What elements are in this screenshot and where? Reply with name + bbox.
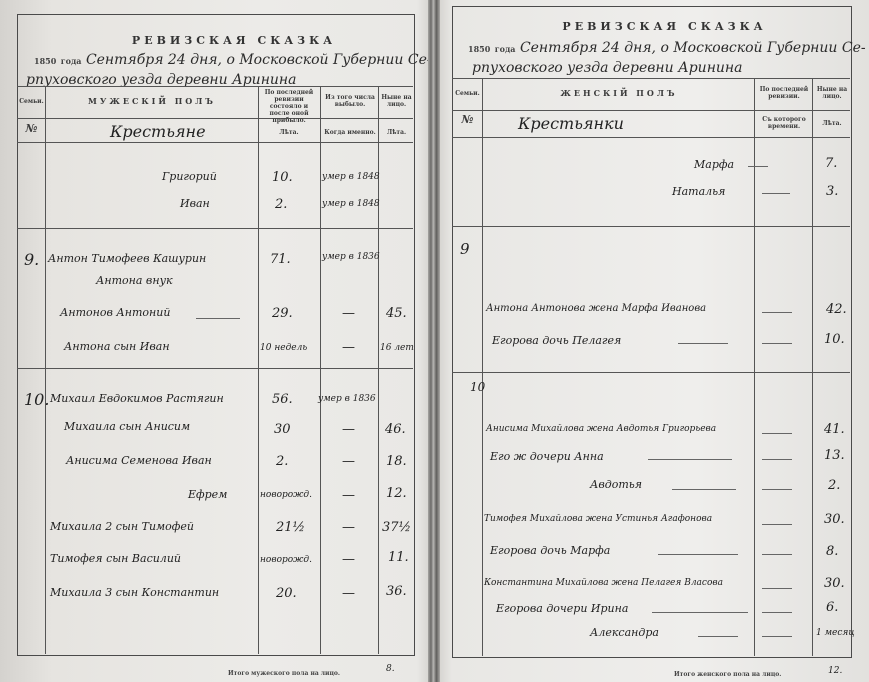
dash bbox=[658, 554, 738, 555]
col-years: Лѣта. bbox=[814, 120, 850, 127]
row-name: Тимофея Михайлова жена Устинья Агафонова bbox=[484, 514, 712, 524]
dash bbox=[762, 193, 790, 194]
row-departed: — bbox=[342, 520, 355, 535]
right-page-female: РЕВИЗСКАЯ СКАЗКА 1850 года Сентября 24 д… bbox=[440, 0, 869, 682]
row-now: 3. bbox=[826, 184, 838, 199]
row-family: 9 bbox=[460, 240, 470, 258]
col-departed: Из того числа выбыло. bbox=[322, 94, 378, 108]
row-departed: умер в 1848 bbox=[322, 172, 380, 182]
page-title: РЕВИЗСКАЯ СКАЗКА bbox=[460, 20, 869, 33]
rule bbox=[452, 137, 850, 138]
row-departed: — bbox=[342, 488, 355, 503]
row-family: 10. bbox=[24, 390, 49, 409]
header-line-1: 1850 года Сентября 24 дня, о Московской … bbox=[468, 40, 866, 56]
page-frame bbox=[452, 6, 852, 658]
dash bbox=[698, 636, 738, 637]
row-now: 13. bbox=[824, 448, 845, 463]
dash bbox=[762, 343, 792, 344]
rule bbox=[17, 368, 413, 369]
dash bbox=[648, 459, 732, 460]
row-age: 10 недель bbox=[260, 343, 307, 353]
header-line-1: 1850 года Сентября 24 дня, о Московской … bbox=[34, 52, 432, 68]
dash bbox=[748, 166, 768, 167]
row-name: Антона сын Иван bbox=[64, 340, 170, 353]
row-departed: — bbox=[342, 306, 355, 321]
rule bbox=[258, 86, 259, 654]
row-name: Егорова дочери Ирина bbox=[496, 602, 628, 615]
dash bbox=[652, 612, 748, 613]
row-name: Авдотья bbox=[590, 478, 642, 491]
row-now: 10. bbox=[824, 332, 845, 347]
row-age: 10. bbox=[272, 170, 293, 185]
row-age: 56. bbox=[272, 392, 293, 407]
col-years: Лѣта. bbox=[260, 129, 318, 136]
row-name: Его ж дочери Анна bbox=[490, 450, 604, 463]
row-now: 42. bbox=[826, 302, 847, 317]
dash bbox=[762, 554, 792, 555]
row-family: 10 bbox=[470, 380, 485, 394]
row-age: 29. bbox=[272, 306, 293, 321]
number-sign: № bbox=[453, 116, 482, 123]
rule bbox=[754, 78, 755, 656]
footer-total-value: 8. bbox=[386, 664, 395, 674]
row-name: Константина Михайлова жена Пелагея Власо… bbox=[484, 578, 723, 588]
footer-total-label: Итого женского пола на лицо. bbox=[674, 671, 781, 678]
row-name: Антонов Антоний bbox=[60, 306, 170, 319]
estate-label: Крестьяне bbox=[110, 122, 206, 141]
rule bbox=[482, 78, 483, 656]
row-now: 36. bbox=[386, 584, 407, 599]
row-name: Михаила сын Анисим bbox=[64, 420, 190, 433]
number-sign: № bbox=[18, 125, 45, 132]
rule bbox=[17, 142, 413, 143]
row-now: 7. bbox=[825, 156, 837, 171]
row-name: Михаила 2 сын Тимофей bbox=[50, 520, 194, 533]
row-name: Антона Антонова жена Марфа Иванова bbox=[486, 303, 706, 314]
rule bbox=[320, 86, 321, 654]
dash bbox=[762, 433, 792, 434]
book-binding bbox=[428, 0, 440, 682]
row-now: 8. bbox=[826, 544, 838, 559]
estate-label: Крестьянки bbox=[518, 114, 624, 133]
dash bbox=[762, 524, 792, 525]
col-last-revision: По последней ревизии. bbox=[756, 86, 812, 100]
row-now: 18. bbox=[386, 454, 407, 469]
rule bbox=[812, 78, 813, 656]
dash bbox=[196, 318, 240, 319]
col-now: Ныне на лицо. bbox=[380, 94, 413, 108]
dash bbox=[672, 489, 736, 490]
row-now: 30. bbox=[824, 576, 845, 591]
row-now: 41. bbox=[824, 422, 845, 437]
row-now: 1 месяц bbox=[816, 628, 855, 638]
header-line-2: рпуховского уезда деревни Аринина bbox=[472, 60, 743, 76]
col-years-now: Лѣта. bbox=[380, 129, 413, 136]
row-departed: — bbox=[342, 454, 355, 469]
rule bbox=[452, 226, 850, 227]
row-name: Григорий bbox=[162, 170, 217, 183]
page-title: РЕВИЗСКАЯ СКАЗКА bbox=[40, 34, 428, 47]
col-semya: Семьи. bbox=[453, 90, 482, 97]
dash bbox=[678, 343, 728, 344]
row-departed: умер в 1836 bbox=[322, 252, 380, 262]
row-now: 16 лет bbox=[380, 343, 414, 353]
row-name: Иван bbox=[180, 197, 210, 210]
row-age: 21½ bbox=[276, 520, 305, 535]
row-name: Егорова дочь Марфа bbox=[490, 544, 610, 557]
row-name: Антона внук bbox=[96, 274, 173, 287]
row-now: 30. bbox=[824, 512, 845, 527]
row-name: Егорова дочь Пелагея bbox=[492, 334, 621, 347]
col-when: Когда именно. bbox=[322, 129, 378, 136]
row-name: Александра bbox=[590, 626, 659, 639]
dash bbox=[762, 312, 792, 313]
footer-total-label: Итого мужеского пола на лицо. bbox=[228, 670, 340, 677]
row-age: 2. bbox=[275, 197, 287, 212]
row-age: 2. bbox=[276, 454, 288, 469]
col-semya: Семьи. bbox=[18, 98, 45, 105]
row-now: 12. bbox=[386, 486, 407, 501]
row-now: 11. bbox=[388, 550, 409, 565]
row-name: Анисима Михайлова жена Авдотья Григорьев… bbox=[486, 424, 716, 434]
row-departed: умер в 1848 bbox=[322, 199, 380, 209]
row-departed: — bbox=[342, 422, 355, 437]
rule bbox=[452, 372, 850, 373]
row-name: Михаила 3 сын Константин bbox=[50, 586, 219, 599]
col-section: МУЖЕСКІЙ ПОЛЪ bbox=[46, 96, 258, 106]
row-age: новорожд. bbox=[260, 490, 312, 500]
col-now: Ныне на лицо. bbox=[814, 86, 850, 100]
row-name: Тимофея сын Василий bbox=[50, 552, 181, 565]
row-family: 9. bbox=[24, 250, 39, 269]
col-section: ЖЕНСКІЙ ПОЛЪ bbox=[484, 88, 754, 98]
row-departed: умер в 1836 bbox=[318, 394, 376, 404]
rule bbox=[452, 78, 850, 79]
row-departed: — bbox=[342, 552, 355, 567]
row-name: Анисима Семенова Иван bbox=[66, 454, 212, 467]
dash bbox=[762, 489, 792, 490]
dash bbox=[762, 459, 792, 460]
rule bbox=[17, 86, 413, 87]
row-age: 20. bbox=[276, 586, 297, 601]
rule bbox=[17, 118, 413, 119]
rule bbox=[452, 110, 850, 111]
row-departed: — bbox=[342, 586, 355, 601]
row-name: Марфа bbox=[694, 158, 734, 171]
rule bbox=[17, 228, 413, 229]
row-now: 45. bbox=[386, 306, 407, 321]
dash bbox=[762, 612, 792, 613]
row-now: 37½ bbox=[382, 520, 411, 535]
row-age: 71. bbox=[270, 252, 291, 267]
row-age: 30 bbox=[274, 422, 291, 437]
left-page-male: РЕВИЗСКАЯ СКАЗКА 1850 года Сентября 24 д… bbox=[0, 0, 428, 682]
row-name: Михаил Евдокимов Растягин bbox=[50, 392, 224, 405]
row-name: Антон Тимофеев Кашурин bbox=[48, 252, 206, 265]
row-now: 46. bbox=[385, 422, 406, 437]
row-name: Ефрем bbox=[188, 488, 227, 501]
row-name: Наталья bbox=[672, 185, 725, 198]
row-now: 2. bbox=[828, 478, 840, 493]
row-now: 6. bbox=[826, 600, 838, 615]
row-age: новорожд. bbox=[260, 555, 312, 565]
rule bbox=[45, 86, 46, 654]
col-since: Съ которого времени. bbox=[756, 116, 812, 130]
dash bbox=[762, 588, 792, 589]
footer-total-value: 12. bbox=[828, 666, 842, 676]
row-departed: — bbox=[342, 340, 355, 355]
col-last-revision: По последней ревизии состояло и после он… bbox=[260, 89, 318, 124]
open-book-spread: РЕВИЗСКАЯ СКАЗКА 1850 года Сентября 24 д… bbox=[0, 0, 869, 682]
dash bbox=[762, 636, 792, 637]
